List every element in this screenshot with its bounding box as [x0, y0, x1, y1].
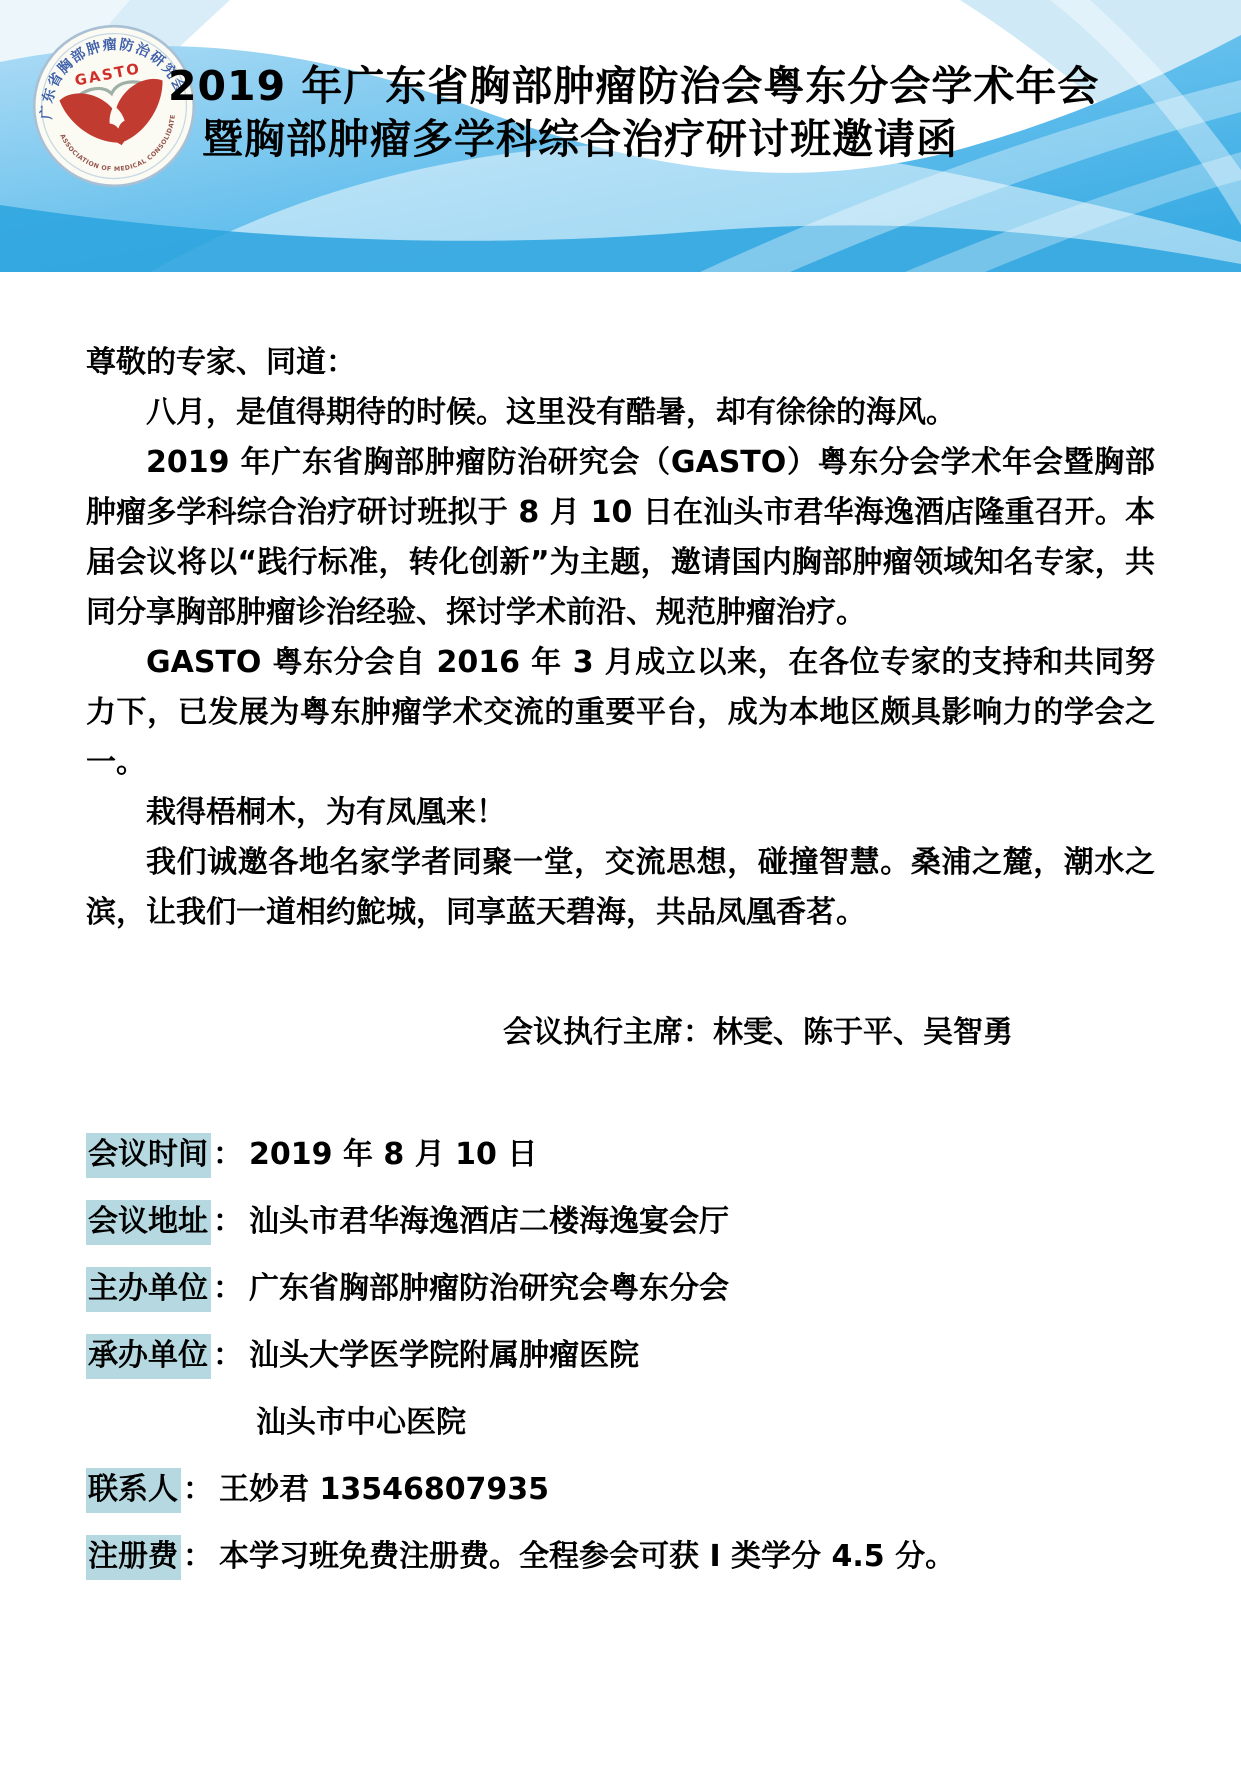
detail-row-meeting-address: 会议地址：汕头市君华海逸酒店二楼海逸宴会厅 — [86, 1197, 1155, 1247]
detail-row-meeting-time: 会议时间：2019 年 8 月 10 日 — [86, 1130, 1155, 1180]
undertaker-value-second-line: 汕头市中心医院 — [86, 1398, 1155, 1448]
paragraph-4: 栽得梧桐木，为有凤凰来！ — [86, 788, 1155, 838]
detail-row-contact-person: 联系人：王妙君 13546807935 — [86, 1465, 1155, 1515]
detail-row-undertaker: 承办单位：汕头大学医学院附属肿瘤医院 — [86, 1331, 1155, 1381]
undertaker-value: 汕头大学医学院附属肿瘤医院 — [249, 1338, 639, 1373]
paragraph-5: 我们诚邀各地名家学者同聚一堂，交流思想，碰撞智慧。桑浦之麓，潮水之滨，让我们一道… — [86, 838, 1155, 938]
executive-chair-line: 会议执行主席：林雯、陈于平、吴智勇 — [86, 1008, 1155, 1058]
contact-person-label: 联系人 — [86, 1468, 181, 1513]
title-line-1: 2019 年广东省胸部肿瘤防治会粤东分会学术年会 — [168, 60, 992, 113]
salutation-line: 尊敬的专家、同道： — [86, 338, 1155, 388]
label-colon: ： — [211, 1204, 249, 1239]
document-header-banner: 广东省胸部肿瘤防治研究会 GASTO GUANGDONG ASSOCIATION… — [0, 0, 1241, 272]
label-colon: ： — [211, 1271, 249, 1306]
invitation-document-page: 广东省胸部肿瘤防治研究会 GASTO GUANGDONG ASSOCIATION… — [0, 0, 1241, 1766]
letter-body: 尊敬的专家、同道： 八月，是值得期待的时候。这里没有酷暑，却有徐徐的海风。 20… — [0, 272, 1241, 1582]
detail-row-registration-fee: 注册费：本学习班免费注册费。全程参会可获 I 类学分 4.5 分。 — [86, 1532, 1155, 1582]
paragraph-3: GASTO 粤东分会自 2016 年 3 月成立以来，在各位专家的支持和共同努力… — [86, 638, 1155, 788]
meeting-time-label: 会议时间 — [86, 1133, 211, 1178]
paragraph-2: 2019 年广东省胸部肿瘤防治研究会（GASTO）粤东分会学术年会暨胸部肿瘤多学… — [86, 438, 1155, 638]
label-colon: ： — [211, 1338, 249, 1373]
registration-fee-label: 注册费 — [86, 1535, 181, 1580]
contact-person-value: 王妙君 13546807935 — [219, 1472, 549, 1507]
host-organizer-label: 主办单位 — [86, 1267, 211, 1312]
meeting-address-value: 汕头市君华海逸酒店二楼海逸宴会厅 — [249, 1204, 729, 1239]
meeting-address-label: 会议地址 — [86, 1200, 211, 1245]
undertaker-label: 承办单位 — [86, 1334, 211, 1379]
meeting-time-value: 2019 年 8 月 10 日 — [249, 1137, 537, 1172]
label-colon: ： — [211, 1137, 249, 1172]
label-colon: ： — [181, 1539, 219, 1574]
registration-fee-value: 本学习班免费注册费。全程参会可获 I 类学分 4.5 分。 — [219, 1539, 955, 1574]
label-colon: ： — [181, 1472, 219, 1507]
title-line-2: 暨胸部肿瘤多学科综合治疗研讨班邀请函 — [168, 113, 992, 166]
host-organizer-value: 广东省胸部肿瘤防治研究会粤东分会 — [249, 1271, 729, 1306]
paragraph-1: 八月，是值得期待的时候。这里没有酷暑，却有徐徐的海风。 — [86, 388, 1155, 438]
conference-details-list: 会议时间：2019 年 8 月 10 日 会议地址：汕头市君华海逸酒店二楼海逸宴… — [86, 1130, 1155, 1582]
detail-row-host-organizer: 主办单位：广东省胸部肿瘤防治研究会粤东分会 — [86, 1264, 1155, 1314]
document-title: 2019 年广东省胸部肿瘤防治会粤东分会学术年会 暨胸部肿瘤多学科综合治疗研讨班… — [168, 60, 992, 166]
